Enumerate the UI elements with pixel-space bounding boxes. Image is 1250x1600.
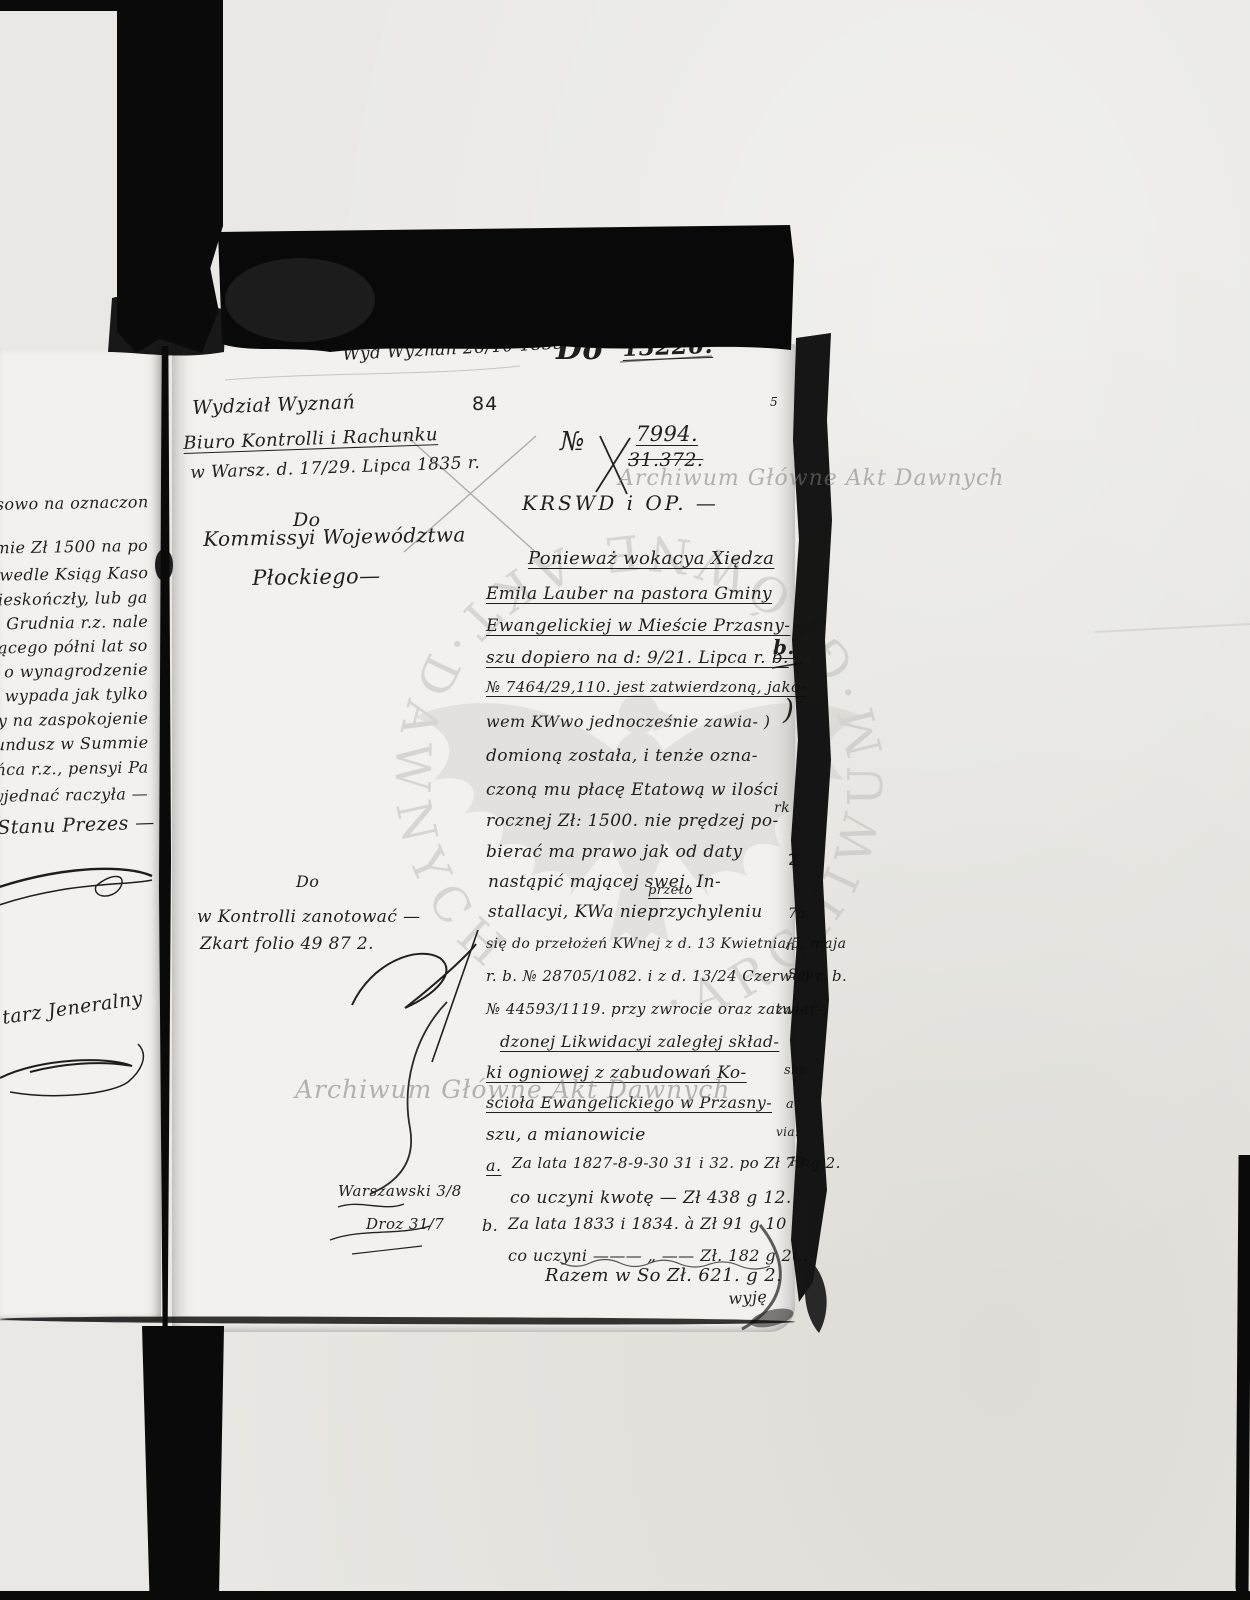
- film-strip-bottom: [0, 1591, 1250, 1600]
- archival-document-scan: ·ARCHIWUM·GŁÓWNE·AKT·DAWNYCH ł przepisow…: [0, 0, 1250, 1600]
- film-edge-right: [1235, 1155, 1250, 1600]
- film-bar-bottom-left: [142, 1326, 224, 1592]
